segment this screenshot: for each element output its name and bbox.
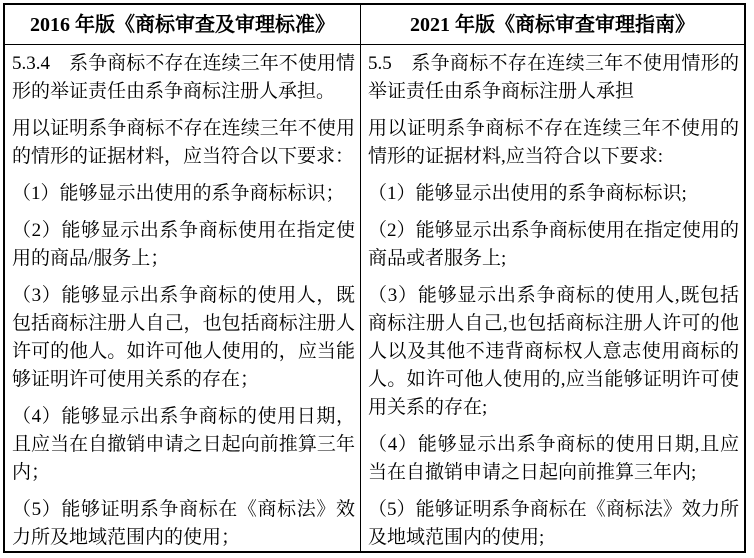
left-item-5: （5）能够证明系争商标在《商标法》效力所及地域范围内的使用；	[12, 496, 355, 551]
left-item-1: （1）能够显示出使用的系争商标标识；	[12, 180, 355, 208]
right-item-2: （2）能够显示出系争商标使用在指定使用的商品或者服务上;	[368, 217, 739, 273]
header-2021-guidelines: 2021 年版《商标审查审理指南》	[361, 5, 744, 44]
left-column-cell: 5.3.4 系争商标不存在连续三年不使用情形的举证责任由系争商标注册人承担。 用…	[5, 45, 361, 551]
right-paragraph-requirements: 用以证明系争商标不存在连续三年不使用的情形的证据材料,应当符合以下要求:	[368, 115, 739, 171]
page: { "table": { "border_color": "#000000", …	[0, 0, 754, 558]
left-item-2: （2）能够显示出系争商标使用在指定使用的商品/服务上；	[12, 217, 355, 273]
table-body-row: 5.3.4 系争商标不存在连续三年不使用情形的举证责任由系争商标注册人承担。 用…	[5, 45, 744, 551]
left-paragraph-intro: 5.3.4 系争商标不存在连续三年不使用情形的举证责任由系争商标注册人承担。	[12, 50, 355, 106]
right-item-3: （3）能够显示出系争商标的使用人,既包括商标注册人自己,也包括商标注册人许可的他…	[368, 282, 739, 422]
right-item-5: （5）能够证明系争商标在《商标法》效力所及地域范围内的使用;	[368, 496, 739, 551]
left-item-3: （3）能够显示出系争商标的使用人，既包括商标注册人自己，也包括商标注册人许可的他…	[12, 282, 355, 394]
right-column-cell: 5.5 系争商标不存在连续三年不使用情形的举证责任由系争商标注册人承担 用以证明…	[361, 45, 744, 551]
left-item-4: （4）能够显示出系争商标的使用日期，且应当在自撤销申请之日起向前推算三年内；	[12, 403, 355, 487]
left-paragraph-requirements: 用以证明系争商标不存在连续三年不使用的情形的证据材料，应当符合以下要求：	[12, 115, 355, 171]
right-item-4: （4）能够显示出系争商标的使用日期,且应当在自撤销申请之日起向前推算三年内;	[368, 431, 739, 487]
comparison-table: 2016 年版《商标审查及审理标准》 2021 年版《商标审查审理指南》 5.3…	[3, 3, 746, 553]
header-2016-standards: 2016 年版《商标审查及审理标准》	[5, 5, 361, 44]
right-paragraph-intro: 5.5 系争商标不存在连续三年不使用情形的举证责任由系争商标注册人承担	[368, 50, 739, 106]
right-item-1: （1）能够显示出使用的系争商标标识;	[368, 180, 739, 208]
table-header-row: 2016 年版《商标审查及审理标准》 2021 年版《商标审查审理指南》	[5, 5, 744, 45]
